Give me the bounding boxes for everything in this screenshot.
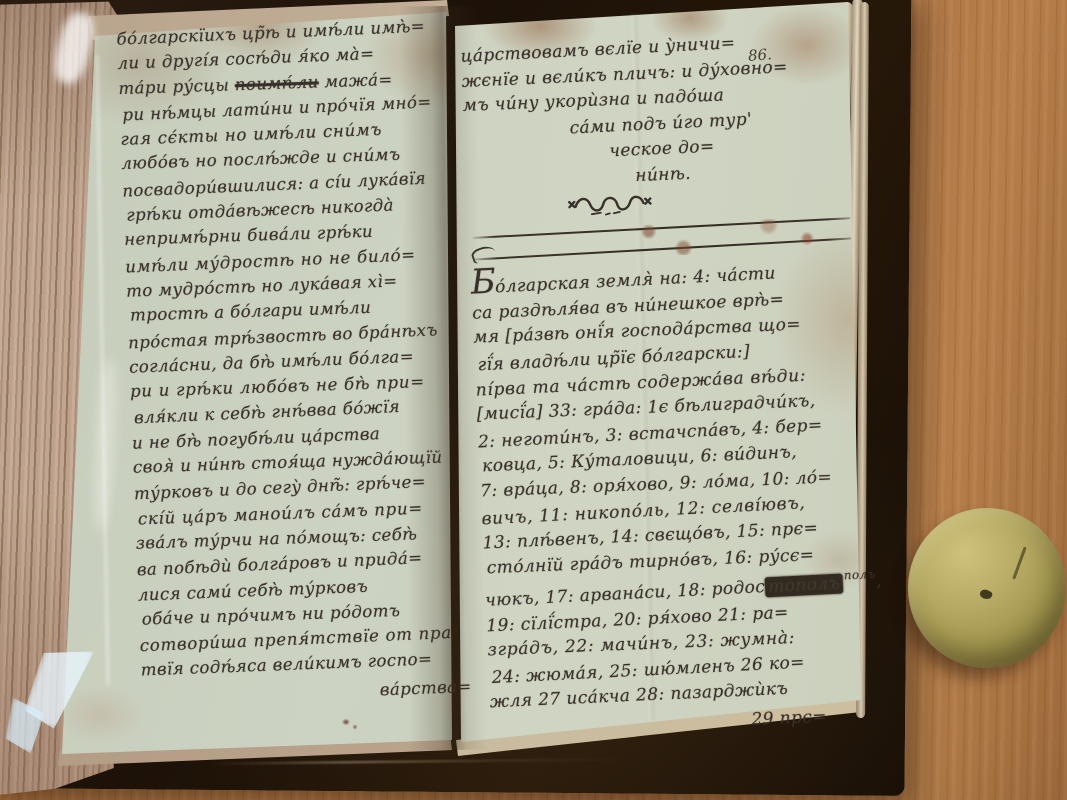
ornament-flourish — [565, 190, 662, 218]
photo-of-open-manuscript: бо́лгарскїихъ цр̃ѣ и имѣ́ли имѣ̀=ли и др… — [0, 0, 1067, 800]
brass-scratch — [1012, 547, 1026, 580]
brass-surface-mark — [979, 588, 994, 601]
left-page-lines: бо́лгарскїихъ цр̃ѣ и имѣ́ли имѣ̀=ли и др… — [116, 13, 479, 683]
left-page-text: бо́лгарскїихъ цр̃ѣ и имѣ́ли имѣ̀=ли и др… — [116, 13, 480, 711]
right-page-text: ца́рствовамъ вєлїе и у̀ничи=жєнїе и вєли… — [460, 26, 885, 745]
page-number: 86. — [747, 45, 772, 65]
right-page-section-lines: Бо́лгарская земля̀ на: 4: ча́стиса раздѣ… — [470, 252, 884, 716]
brass-weight — [908, 508, 1066, 668]
superscript-correction: полъ — [844, 567, 877, 583]
initial-capital: Б — [470, 262, 496, 303]
ink-blot-correction: тополъ — [765, 573, 844, 597]
strikethrough-text: поимѣ́ли — [235, 72, 319, 94]
